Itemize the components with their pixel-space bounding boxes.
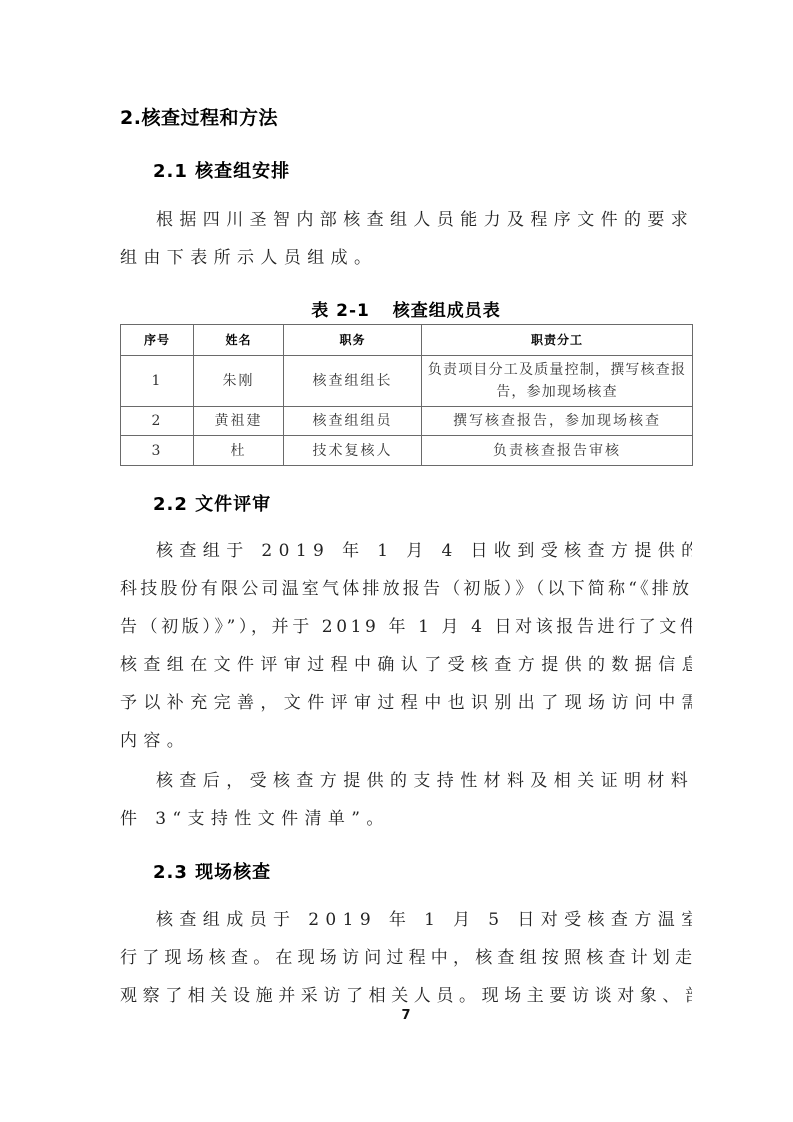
text-line: 予以补充完善，文件评审过程中也识别出了现场访问中需特别关注的 [120, 684, 692, 722]
header-duty: 职责分工 [422, 325, 693, 356]
header-no: 序号 [121, 325, 194, 356]
text-line: 科技股份有限公司温室气体排放报告（初版）》（以下简称“《排放报 [120, 570, 692, 608]
cell-name: 黄祖建 [194, 407, 284, 436]
text-line: 核查组于 2019 年 1 月 4 日收到受核查方提供的《成都宏明双新 [120, 532, 692, 570]
section-title: 2.核查过程和方法 [120, 103, 278, 130]
paragraph-supporting-materials: 核查后，受核查方提供的支持性材料及相关证明材料见本报告附 件 3“支持性文件清单… [120, 762, 692, 838]
text-line: 核查组成员于 2019 年 1 月 5 日对受核查方温室气体排放情况进 [120, 901, 692, 939]
text-line: 核查组在文件评审过程中确认了受核查方提供的数据信息不完整，应 [120, 646, 692, 684]
table-caption-number: 表 2-1 [311, 301, 370, 321]
cell-duty: 撰写核查报告，参加现场核查 [422, 407, 693, 436]
header-name: 姓名 [194, 325, 284, 356]
text-line: 组由下表所示人员组成。 [120, 239, 692, 277]
text-line: 告（初版）》”），并于 2019 年 1 月 4 日对该报告进行了文件评审。 [120, 608, 692, 646]
heading-2-2: 2.2 文件评审 [153, 490, 271, 516]
paragraph-team-intro: 根据四川圣智内部核查组人员能力及程序文件的要求，此次核查 组由下表所示人员组成。 [120, 201, 692, 277]
cell-no: 2 [121, 407, 194, 436]
cell-no: 1 [121, 356, 194, 407]
cell-name: 朱刚 [194, 356, 284, 407]
cell-no: 3 [121, 436, 194, 466]
table-row: 1 朱刚 核查组组长 负责项目分工及质量控制，撰写核查报 告，参加现场核查 [121, 356, 693, 407]
cell-role: 核查组组长 [284, 356, 422, 407]
cell-name: 杜 [194, 436, 284, 466]
cell-duty-line: 告，参加现场核查 [424, 381, 690, 403]
cell-role: 核查组组员 [284, 407, 422, 436]
text-line: 内容。 [120, 722, 692, 760]
cell-duty: 负责核查报告审核 [422, 436, 693, 466]
members-table: 序号 姓名 职务 职责分工 1 朱刚 核查组组长 负责项目分工及质量控制，撰写核… [120, 324, 693, 466]
page-number: 7 [120, 1008, 692, 1023]
table-caption-title: 核查组成员表 [393, 301, 501, 321]
text-line: 根据四川圣智内部核查组人员能力及程序文件的要求，此次核查 [120, 201, 692, 239]
cell-duty-line: 负责项目分工及质量控制，撰写核查报 [424, 359, 690, 381]
text-line: 件 3“支持性文件清单”。 [120, 800, 692, 838]
paragraph-document-review: 核查组于 2019 年 1 月 4 日收到受核查方提供的《成都宏明双新 科技股份… [120, 532, 692, 760]
table-header-row: 序号 姓名 职务 职责分工 [121, 325, 693, 356]
cell-duty: 负责项目分工及质量控制，撰写核查报 告，参加现场核查 [422, 356, 693, 407]
table-caption: 表 2-1 核查组成员表 [120, 296, 692, 321]
text-line: 核查后，受核查方提供的支持性材料及相关证明材料见本报告附 [120, 762, 692, 800]
table-row: 3 杜 技术复核人 负责核查报告审核 [121, 436, 693, 466]
heading-2-1: 2.1 核查组安排 [153, 157, 290, 183]
text-line: 行了现场核查。在现场访问过程中，核查组按照核查计划走访并现场 [120, 939, 692, 977]
heading-2-3: 2.3 现场核查 [153, 858, 271, 884]
table-row: 2 黄祖建 核查组组员 撰写核查报告，参加现场核查 [121, 407, 693, 436]
paragraph-site-verification: 核查组成员于 2019 年 1 月 5 日对受核查方温室气体排放情况进 行了现场… [120, 901, 692, 1015]
header-role: 职务 [284, 325, 422, 356]
cell-role: 技术复核人 [284, 436, 422, 466]
